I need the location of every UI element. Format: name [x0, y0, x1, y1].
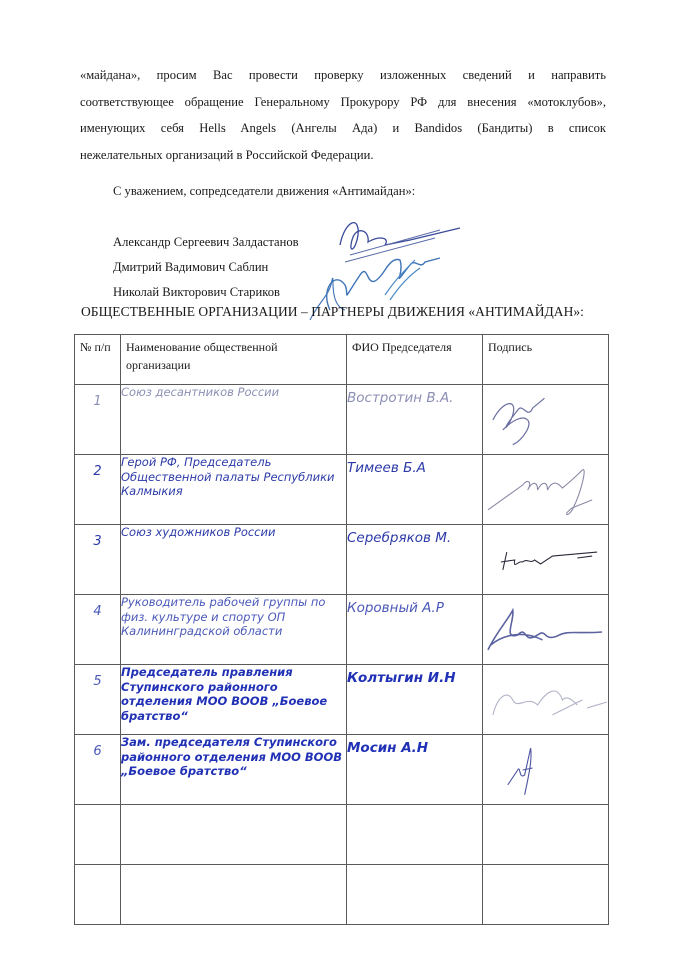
cochair-signatures-icon	[290, 200, 470, 320]
row-number: 2	[75, 455, 121, 525]
closing-regards: С уважением, сопредседатели движения «Ан…	[113, 184, 415, 199]
table-row	[75, 805, 609, 865]
chair-name: Востротин В.А.	[347, 385, 483, 455]
letter-line: именующих себя Hells Angels (Ангелы Ада)…	[80, 115, 606, 142]
letter-line: «майдана», просим Вас провести проверку …	[80, 62, 606, 89]
signatory-name: Дмитрий Вадимович Саблин	[113, 255, 299, 280]
signature-cell	[483, 525, 609, 595]
organization-name: Председатель правления Ступинского район…	[121, 665, 347, 735]
column-header-organization: Наименование общественной организации	[121, 335, 347, 385]
row-number	[75, 865, 121, 925]
chair-name	[347, 805, 483, 865]
signatory-list: Александр Сергеевич Залдастанов Дмитрий …	[113, 230, 299, 305]
signature-icon	[483, 525, 608, 594]
signature-cell	[483, 595, 609, 665]
row-number: 1	[75, 385, 121, 455]
column-header-chair: ФИО Председателя	[347, 335, 483, 385]
chair-name: Мосин А.Н	[347, 735, 483, 805]
row-number	[75, 805, 121, 865]
partners-heading: ОБЩЕСТВЕННЫЕ ОРГАНИЗАЦИИ – ПАРТНЕРЫ ДВИЖ…	[81, 304, 584, 320]
signature-icon	[483, 735, 608, 804]
organization-name	[121, 805, 347, 865]
organization-name: Руководитель рабочей группы по физ. куль…	[121, 595, 347, 665]
column-header-number: № п/п	[75, 335, 121, 385]
row-number: 4	[75, 595, 121, 665]
signature-cell	[483, 455, 609, 525]
chair-name: Тимеев Б.А	[347, 455, 483, 525]
chair-name	[347, 865, 483, 925]
signature-cell	[483, 735, 609, 805]
organization-name: Союз художников России	[121, 525, 347, 595]
row-number: 3	[75, 525, 121, 595]
signatory-name: Александр Сергеевич Залдастанов	[113, 230, 299, 255]
table-row: 4 Руководитель рабочей группы по физ. ку…	[75, 595, 609, 665]
table-row: 6 Зам. председателя Ступинского районног…	[75, 735, 609, 805]
signature-icon	[483, 595, 608, 664]
signature-cell	[483, 865, 609, 925]
signature-cell	[483, 665, 609, 735]
table-row: 2 Герой РФ, Председатель Общественной па…	[75, 455, 609, 525]
signatory-name: Николай Викторович Стариков	[113, 280, 299, 305]
organization-name	[121, 865, 347, 925]
signature-icon	[483, 665, 608, 734]
organization-name: Союз десантников России	[121, 385, 347, 455]
signature-icon	[483, 385, 608, 454]
signature-cell	[483, 805, 609, 865]
table-row: 5 Председатель правления Ступинского рай…	[75, 665, 609, 735]
row-number: 5	[75, 665, 121, 735]
chair-name: Колтыгин И.Н	[347, 665, 483, 735]
chair-name: Серебряков М.	[347, 525, 483, 595]
table-header-row: № п/п Наименование общественной организа…	[75, 335, 609, 385]
table-row: 1 Союз десантников России Востротин В.А.	[75, 385, 609, 455]
signature-icon	[483, 455, 608, 524]
row-number: 6	[75, 735, 121, 805]
letter-line: нежелательных организаций в Российской Ф…	[80, 142, 606, 169]
table-row: 3 Союз художников России Серебряков М.	[75, 525, 609, 595]
signature-cell	[483, 385, 609, 455]
partners-table: № п/п Наименование общественной организа…	[74, 334, 609, 925]
letter-body: «майдана», просим Вас провести проверку …	[80, 62, 606, 168]
organization-name: Герой РФ, Председатель Общественной пала…	[121, 455, 347, 525]
organization-name: Зам. председателя Ступинского районного …	[121, 735, 347, 805]
letter-line: соответствующее обращение Генеральному П…	[80, 89, 606, 116]
column-header-signature: Подпись	[483, 335, 609, 385]
chair-name: Коровный А.Р	[347, 595, 483, 665]
table-row	[75, 865, 609, 925]
